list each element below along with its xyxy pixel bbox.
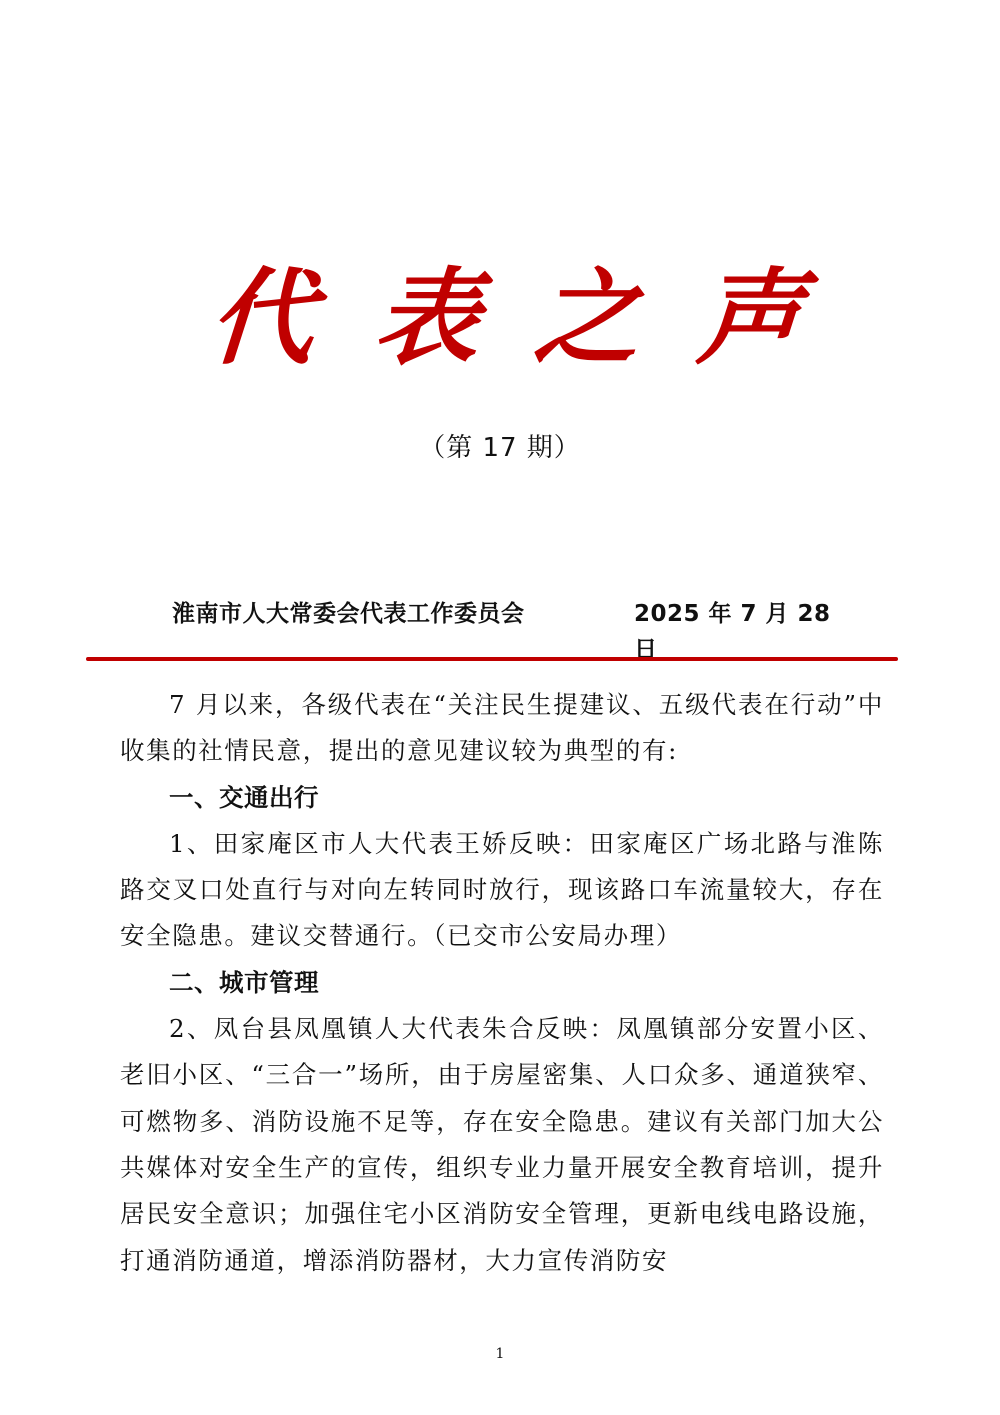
masthead-char: 表	[371, 258, 483, 378]
masthead-char: 代	[206, 258, 318, 378]
section-heading: 二、城市管理	[120, 960, 884, 1006]
page-number: 1	[0, 1344, 1000, 1364]
masthead-title: 代 表 之 声	[0, 258, 1000, 378]
masthead-char: 声	[694, 258, 806, 378]
issue-number: （第 17 期）	[0, 428, 1000, 468]
section-heading: 一、交通出行	[120, 775, 884, 821]
issuing-organization: 淮南市人大常委会代表工作委员会	[172, 596, 525, 632]
intro-paragraph: 7 月以来，各级代表在“关注民生提建议、五级代表在行动”中收集的社情民意，提出的…	[120, 682, 884, 775]
masthead-char: 之	[531, 258, 643, 378]
red-divider-rule	[86, 657, 898, 661]
document-body: 7 月以来，各级代表在“关注民生提建议、五级代表在行动”中收集的社情民意，提出的…	[120, 682, 884, 1284]
publication-meta: 淮南市人大常委会代表工作委员会 2025 年 7 月 28 日	[172, 596, 852, 632]
document-page: 代 表 之 声 （第 17 期） 淮南市人大常委会代表工作委员会 2025 年 …	[0, 0, 1000, 1415]
item-paragraph: 1、田家庵区市人大代表王娇反映：田家庵区广场北路与淮陈路交叉口处直行与对向左转同…	[120, 821, 884, 960]
item-paragraph: 2、凤台县凤凰镇人大代表朱合反映：凤凰镇部分安置小区、老旧小区、“三合一”场所，…	[120, 1006, 884, 1284]
